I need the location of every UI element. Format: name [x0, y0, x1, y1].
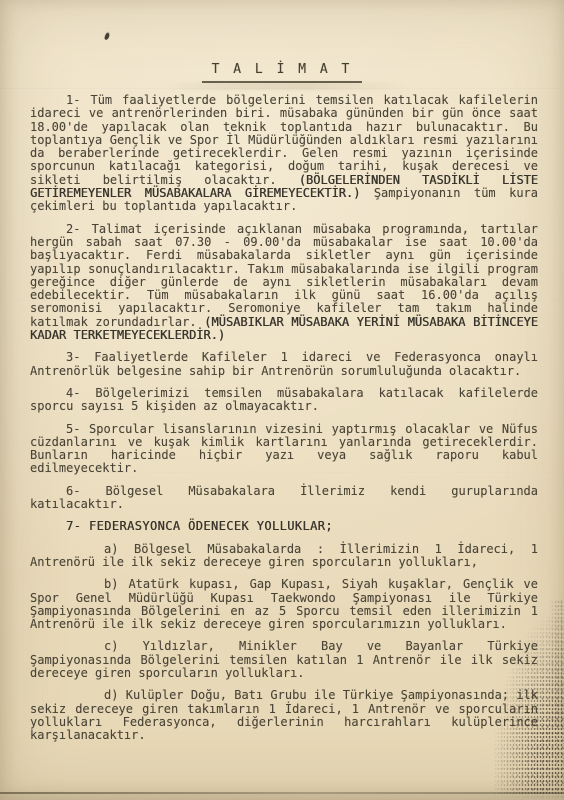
- text-run: 6- Bölgesel Müsabakalara İllerimiz kendi…: [30, 484, 538, 511]
- scanned-page: T A L İ M A T 1- Tüm faaliyetlerde bölge…: [0, 0, 564, 800]
- bleed-through-smudge: [160, 82, 410, 90]
- text-run: 3- Faaliyetlerde Kafileler 1 idareci ve …: [30, 350, 538, 377]
- text-run: d) Kulüpler Doğu, Batı Grubu ile Türkiye…: [30, 688, 538, 742]
- text-run: 4- Bölgelerimizi temsilen müsabakalara k…: [30, 386, 538, 413]
- text-run: 5- Sporcular lisanslarının vizesini yapt…: [30, 422, 538, 476]
- ink-spot: [104, 33, 110, 41]
- text-run: b) Atatürk kupası, Gap Kupası, Siyah kuş…: [30, 577, 538, 631]
- paragraph: a) Bölgesel Müsabakalarda : İllerimizin …: [30, 543, 538, 570]
- page-bottom-edge: [0, 792, 564, 794]
- paper-crease: [0, 88, 564, 90]
- paragraph: b) Atatürk kupası, Gap Kupası, Siyah kuş…: [30, 578, 538, 631]
- scan-noise-right-edge: [548, 600, 564, 730]
- page-bottom-margin: [0, 794, 564, 800]
- paragraph: 4- Bölgelerimizi temsilen müsabakalara k…: [30, 387, 538, 414]
- paragraph: 2- Talimat içerisinde açıklanan müsabaka…: [30, 223, 538, 343]
- document-title-wrap: T A L İ M A T: [0, 58, 564, 83]
- text-run: a) Bölgesel Müsabakalarda : İllerimizin …: [30, 542, 538, 569]
- document-body: 1- Tüm faaliyetlerde bölgelerini temsile…: [30, 94, 538, 751]
- paragraph: c) Yıldızlar, Minikler Bay ve Bayanlar T…: [30, 640, 538, 680]
- document-title: T A L İ M A T: [202, 62, 363, 83]
- paragraph: 3- Faaliyetlerde Kafileler 1 idareci ve …: [30, 351, 538, 378]
- paragraph: 7- FEDERASYONCA ÖDENECEK YOLLUKLAR;: [30, 520, 538, 533]
- paragraph: 6- Bölgesel Müsabakalara İllerimiz kendi…: [30, 485, 538, 512]
- text-run: c) Yıldızlar, Minikler Bay ve Bayanlar T…: [30, 639, 538, 680]
- paragraph: 5- Sporcular lisanslarının vizesini yapt…: [30, 423, 538, 476]
- text-run: 7- FEDERASYONCA ÖDENECEK YOLLUKLAR;: [66, 519, 333, 533]
- text-run: 2- Talimat içerisinde açıklanan müsabaka…: [30, 222, 538, 329]
- paragraph: d) Kulüpler Doğu, Batı Grubu ile Türkiye…: [30, 689, 538, 742]
- paragraph: 1- Tüm faaliyetlerde bölgelerini temsile…: [30, 94, 538, 214]
